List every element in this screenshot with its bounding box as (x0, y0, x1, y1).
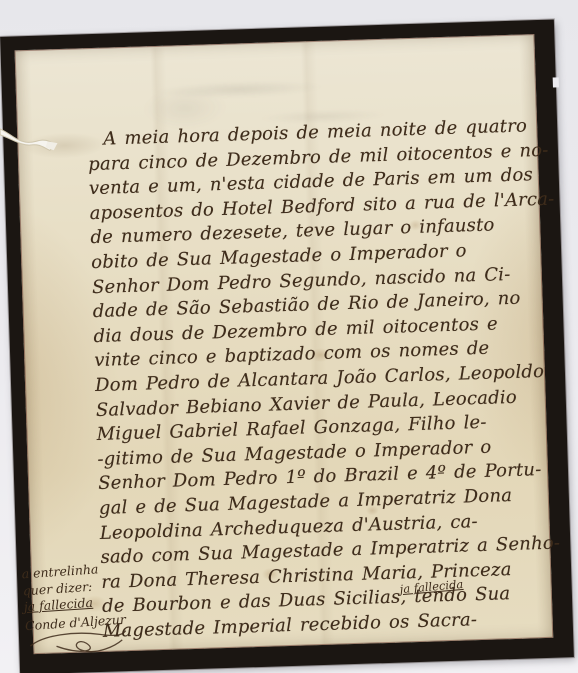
paper-tear (0, 119, 72, 167)
frame-notch (553, 77, 559, 87)
manuscript-text-block: A meia hora depois de meia noite de quat… (87, 114, 541, 644)
manuscript-paper: A meia hora depois de meia noite de quat… (15, 34, 554, 654)
mourning-frame: A meia hora depois de meia noite de quat… (0, 19, 574, 673)
photo-background: A meia hora depois de meia noite de quat… (0, 0, 578, 673)
margin-annotation: a entrelinha quer dizer: ja fallecida Co… (21, 559, 137, 660)
